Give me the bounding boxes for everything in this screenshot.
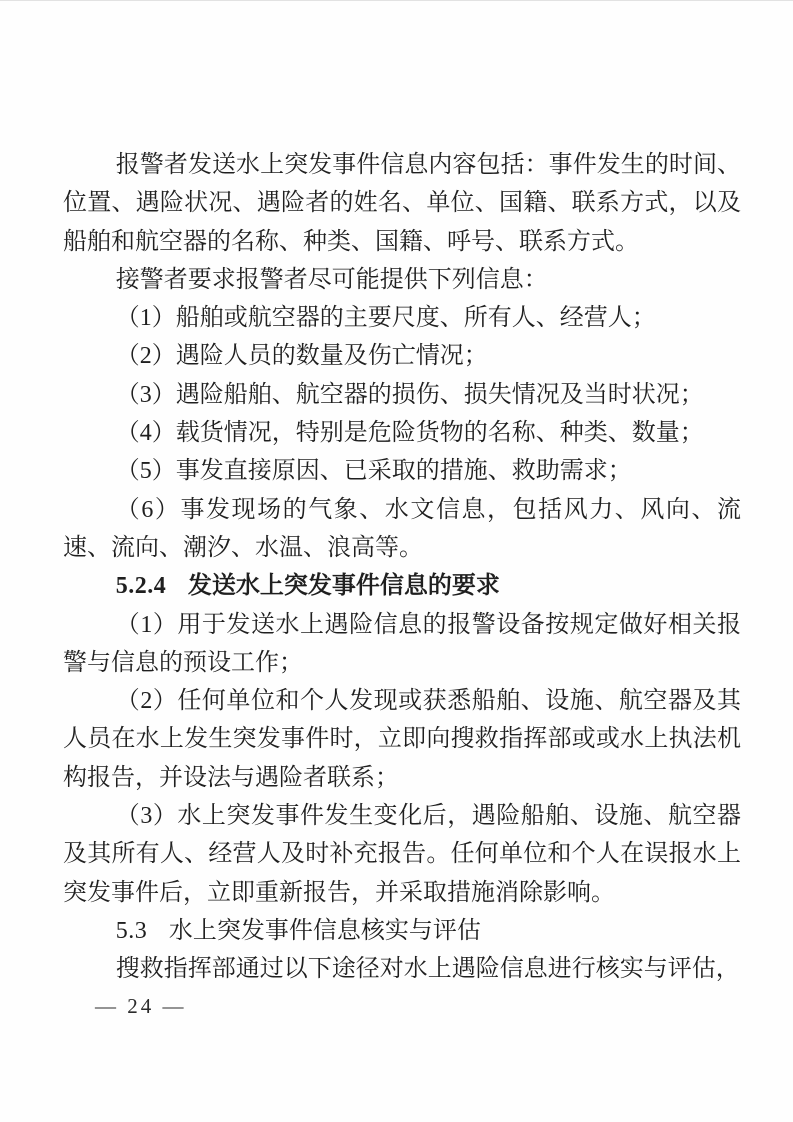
section-title-5-2-4: 发送水上突发事件信息的要求 [188,573,500,599]
list-item-6: （6）事发现场的气象、水文信息，包括风力、风向、流速、流向、潮汐、水温、浪高等。 [63,491,741,568]
section-heading-5-3: 5.3水上突发事件信息核实与评估 [63,912,741,950]
requirement-item-2: （2）任何单位和个人发现或获悉船舶、设施、航空器及其人员在水上发生突发事件时，立… [63,682,741,797]
paragraph-receiver-request: 接警者要求报警者尽可能提供下列信息： [63,261,741,299]
list-item-4: （4）载货情况，特别是危险货物的名称、种类、数量； [63,414,741,452]
paragraph-intro: 报警者发送水上突发事件信息内容包括：事件发生的时间、位置、遇险状况、遇险者的姓名… [63,146,741,261]
list-item-5: （5）事发直接原因、已采取的措施、救助需求； [63,452,741,490]
list-item-1: （1）船舶或航空器的主要尺度、所有人、经营人； [63,299,741,337]
list-item-3: （3）遇险船舶、航空器的损伤、损失情况及当时状况； [63,376,741,414]
requirement-item-3: （3）水上突发事件发生变化后，遇险船舶、设施、航空器及其所有人、经营人及时补充报… [63,797,741,912]
section-number-5-3: 5.3 [116,918,148,944]
section-number-5-2-4: 5.2.4 [116,573,167,599]
page-number: — 24 — [95,994,187,1019]
section-heading-5-2-4: 5.2.4发送水上突发事件信息的要求 [63,567,741,605]
document-content: 报警者发送水上突发事件信息内容包括：事件发生的时间、位置、遇险状况、遇险者的姓名… [63,146,741,989]
paragraph-verification: 搜救指挥部通过以下途径对水上遇险信息进行核实与评估， [63,950,741,988]
requirement-item-1: （1）用于发送水上遇险信息的报警设备按规定做好相关报警与信息的预设工作； [63,606,741,683]
list-item-2: （2）遇险人员的数量及伤亡情况； [63,337,741,375]
document-page: 报警者发送水上突发事件信息内容包括：事件发生的时间、位置、遇险状况、遇险者的姓名… [0,0,793,1122]
section-title-5-3: 水上突发事件信息核实与评估 [169,918,481,944]
